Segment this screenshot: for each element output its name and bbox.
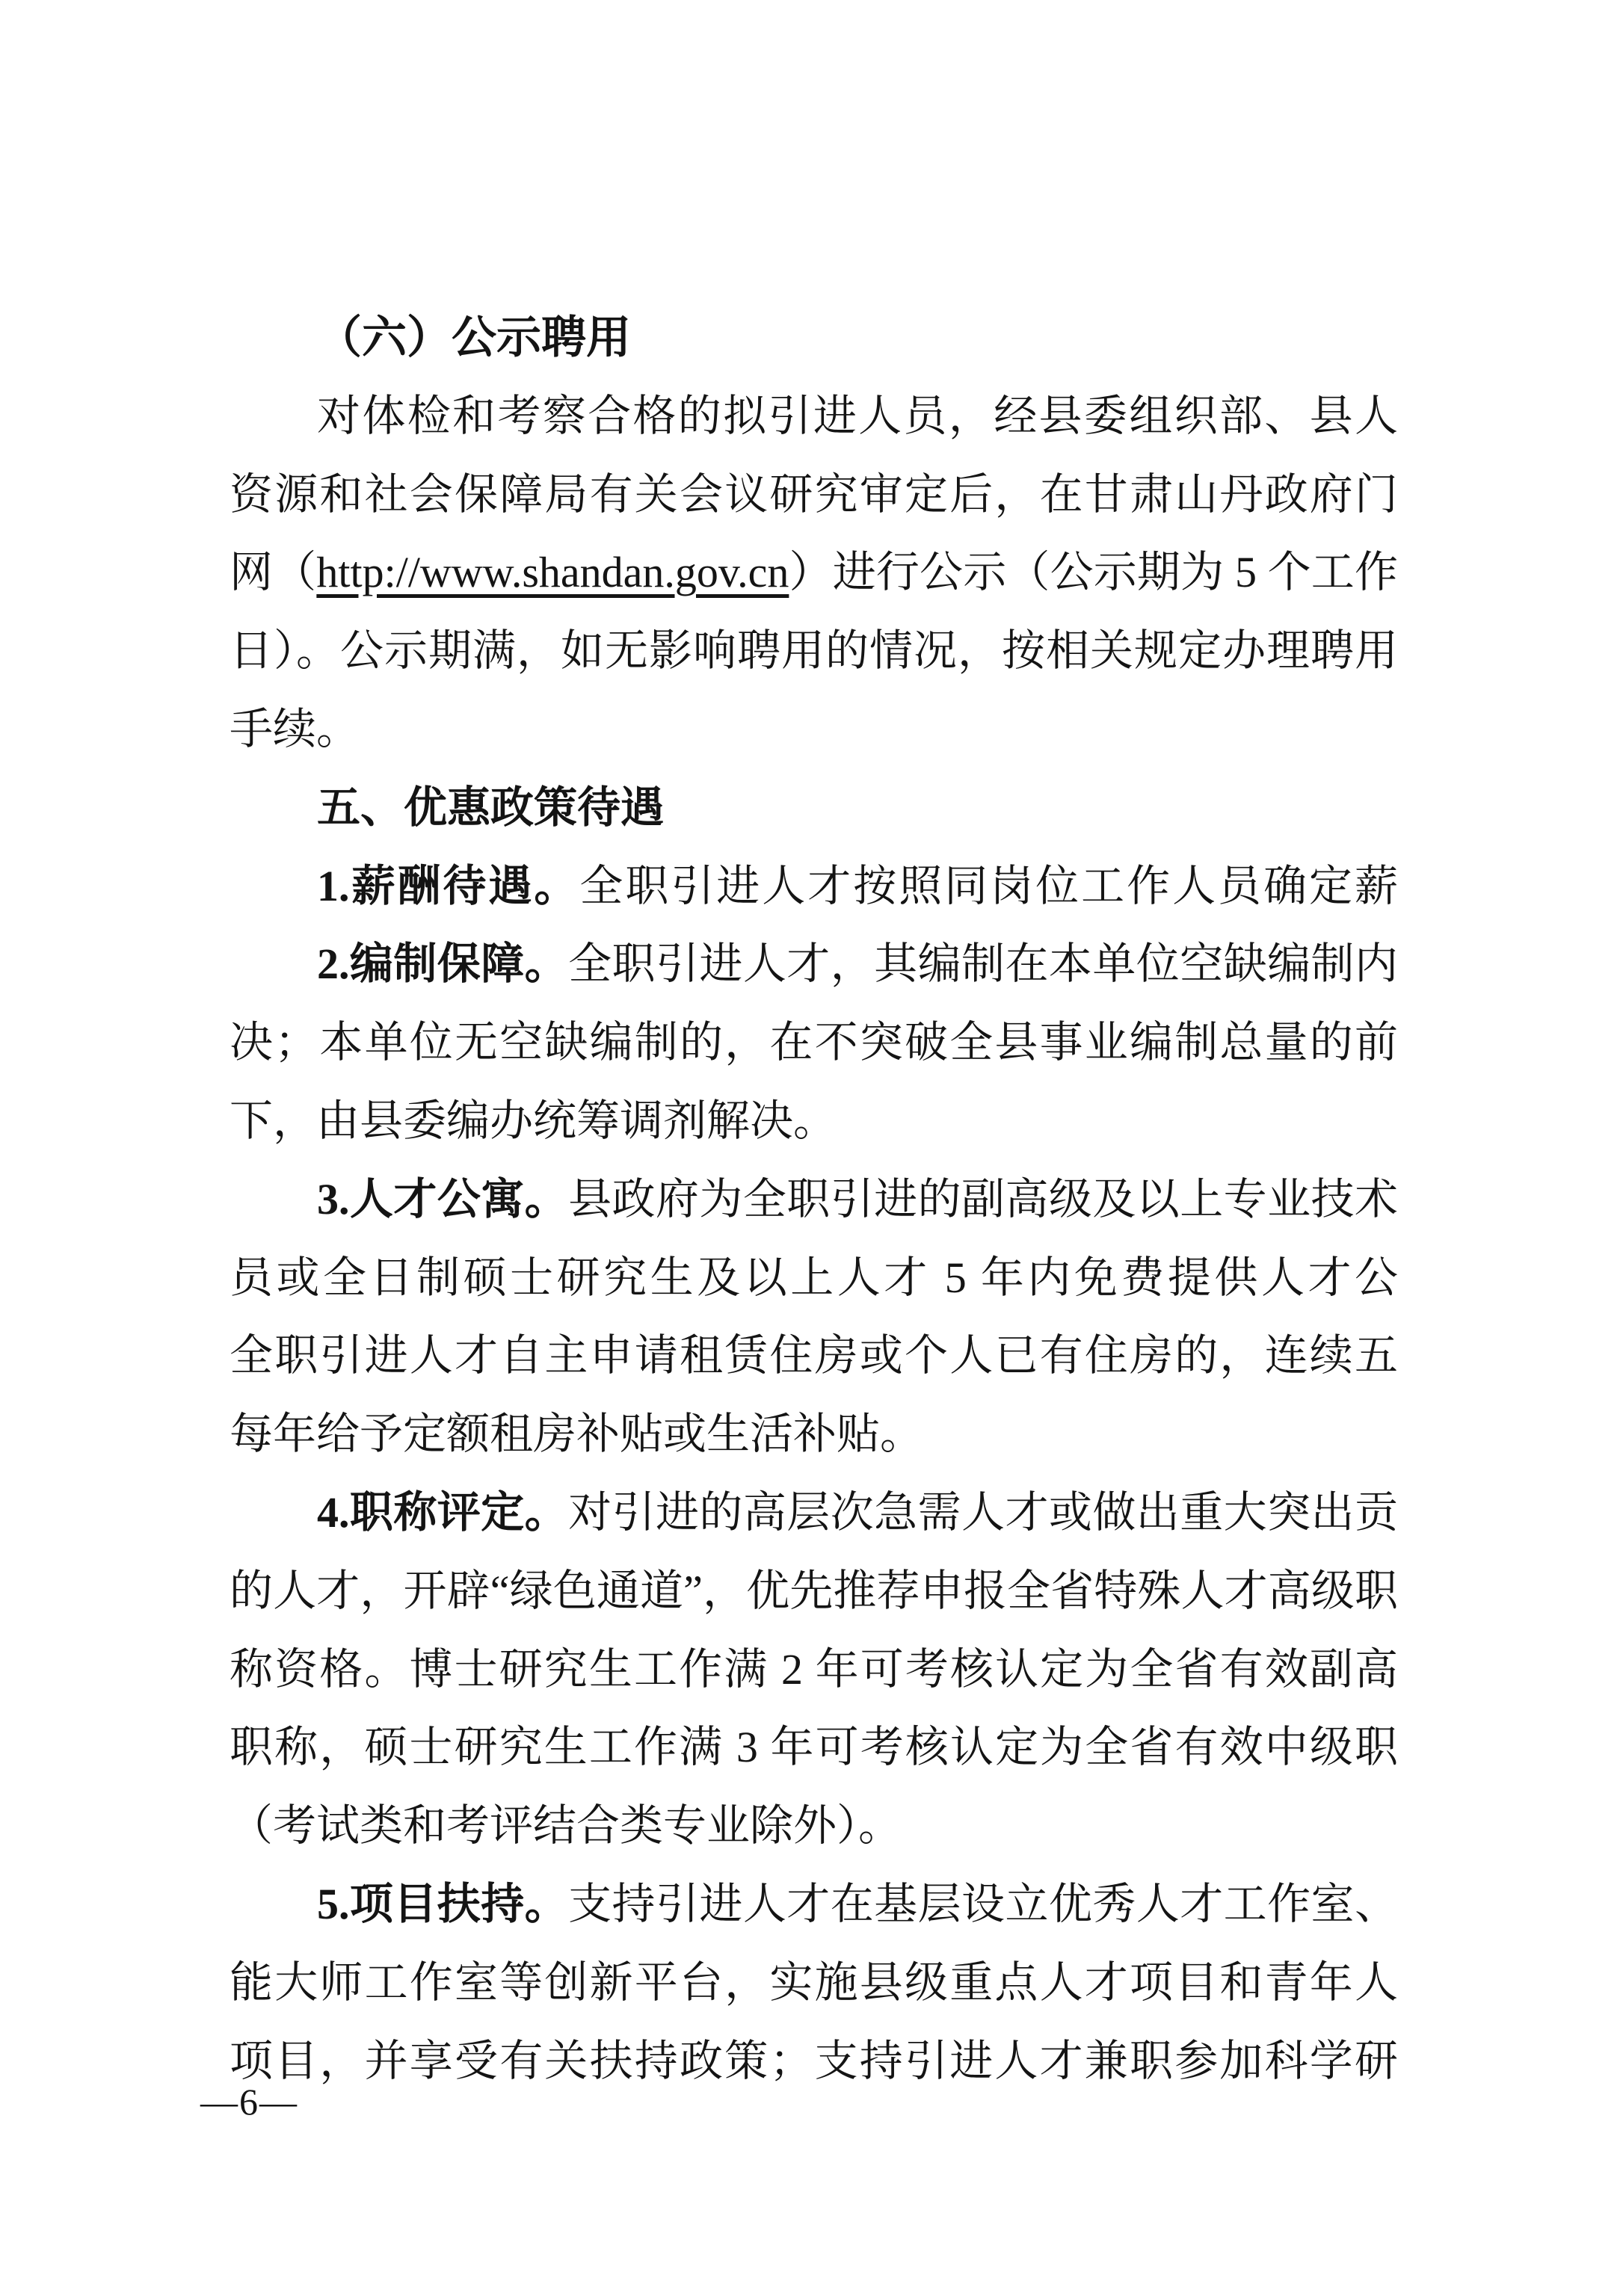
text-line: 日）。公示期满，如无影响聘用的情况，按相关规定办理聘用: [230, 612, 1398, 691]
text-segment: 员或全日制硕士研究生及以上人才 5 年内免费提供人才公寓；: [230, 1253, 1398, 1318]
text-segment: （考试类和考评结合类专业除外）。: [230, 1801, 902, 1850]
section-heading: 五、优惠政策待遇: [230, 769, 1398, 848]
text-line: 1.薪酬待遇。全职引进人才按照同岗位工作人员确定薪酬。: [230, 848, 1398, 926]
text-line: 的人才，开辟“绿色通道”，优先推荐申报全省特殊人才高级职: [230, 1552, 1398, 1631]
text-line: 对体检和考察合格的拟引进人员，经县委组织部、县人力: [230, 377, 1398, 456]
text-line: 4.职称评定。对引进的高层次急需人才或做出重大突出贡献: [230, 1474, 1398, 1552]
document-page: { "page": { "number_label": "—6—" }, "do…: [0, 0, 1623, 2296]
text-line: 资源和社会保障局有关会议研究审定后，在甘肃山丹政府门户: [230, 456, 1398, 534]
text-segment: 职称，硕士研究生工作满 3 年可考核认定为全省有效中级职称: [230, 1723, 1398, 1787]
text-line: 2.编制保障。全职引进人才，其编制在本单位空缺编制内解: [230, 925, 1398, 1004]
bold-term: 5.项目扶持。: [317, 1880, 568, 1928]
text-line: 称资格。博士研究生工作满 2 年可考核认定为全省有效副高级: [230, 1631, 1398, 1709]
text-segment: 网（: [230, 548, 316, 596]
text-line: 3.人才公寓。县政府为全职引进的副高级及以上专业技术人: [230, 1161, 1398, 1239]
document-body: （六）公示聘用对体检和考察合格的拟引进人员，经县委组织部、县人力资源和社会保障局…: [230, 299, 1398, 2100]
text-segment: ）进行公示（公示期为 5 个工作: [789, 548, 1398, 596]
bold-term: 1.薪酬待遇。: [317, 862, 579, 910]
text-line: 决；本单位无空缺编制的，在不突破全县事业编制总量的前提: [230, 1004, 1398, 1082]
text-segment: 项目，并享受有关扶持政策；支持引进人才兼职参加科学研究、: [230, 2037, 1398, 2101]
text-line: 能大师工作室等创新平台，实施县级重点人才项目和青年人才: [230, 1944, 1398, 2022]
text-segment: 资源和社会保障局有关会议研究审定后，在甘肃山丹政府门户: [230, 470, 1398, 534]
text-line: 项目，并享受有关扶持政策；支持引进人才兼职参加科学研究、: [230, 2022, 1398, 2101]
text-line: 5.项目扶持。支持引进人才在基层设立优秀人才工作室、技: [230, 1865, 1398, 1944]
text-line: 网（http://www.shandan.gov.cn）进行公示（公示期为 5 …: [230, 534, 1398, 612]
text-line: 职称，硕士研究生工作满 3 年可考核认定为全省有效中级职称: [230, 1709, 1398, 1787]
bold-term: （六）公示聘用: [317, 313, 631, 362]
bold-term: 2.编制保障。: [317, 939, 568, 988]
text-line: （考试类和考评结合类专业除外）。: [230, 1787, 1398, 1865]
text-line: 每年给予定额租房补贴或生活补贴。: [230, 1395, 1398, 1474]
text-line: 全职引进人才自主申请租赁住房或个人已有住房的，连续五年: [230, 1317, 1398, 1395]
subsection-heading: （六）公示聘用: [230, 299, 1398, 377]
text-segment: 对体检和考察合格的拟引进人员，经县委组织部、县人力: [317, 392, 1398, 456]
text-segment: 每年给予定额租房补贴或生活补贴。: [230, 1410, 923, 1458]
text-segment: 称资格。博士研究生工作满 2 年可考核认定为全省有效副高级: [230, 1645, 1398, 1709]
text-segment: 下，由县委编办统筹调剂解决。: [230, 1096, 837, 1145]
bold-term: 4.职称评定。: [317, 1488, 568, 1537]
text-segment: 手续。: [230, 705, 360, 753]
text-segment: 决；本单位无空缺编制的，在不突破全县事业编制总量的前提: [230, 1018, 1398, 1082]
text-segment: 日）。公示期满，如无影响聘用的情况，按相关规定办理聘用: [230, 626, 1398, 675]
text-segment: 的人才，开辟“绿色通道”，优先推荐申报全省特殊人才高级职: [230, 1567, 1398, 1615]
bold-term: 五、优惠政策待遇: [317, 783, 664, 832]
text-segment: 全职引进人才自主申请租赁住房或个人已有住房的，连续五年: [230, 1331, 1398, 1395]
text-line: 下，由县委编办统筹调剂解决。: [230, 1082, 1398, 1161]
text-line: 员或全日制硕士研究生及以上人才 5 年内免费提供人才公寓；: [230, 1239, 1398, 1318]
text-segment: 能大师工作室等创新平台，实施县级重点人才项目和青年人才: [230, 1958, 1398, 2022]
bold-term: 3.人才公寓。: [317, 1175, 568, 1223]
text-line: 手续。: [230, 691, 1398, 769]
portal-url: http://www.shandan.gov.cn: [316, 548, 789, 596]
page-number: —6—: [200, 2079, 298, 2124]
